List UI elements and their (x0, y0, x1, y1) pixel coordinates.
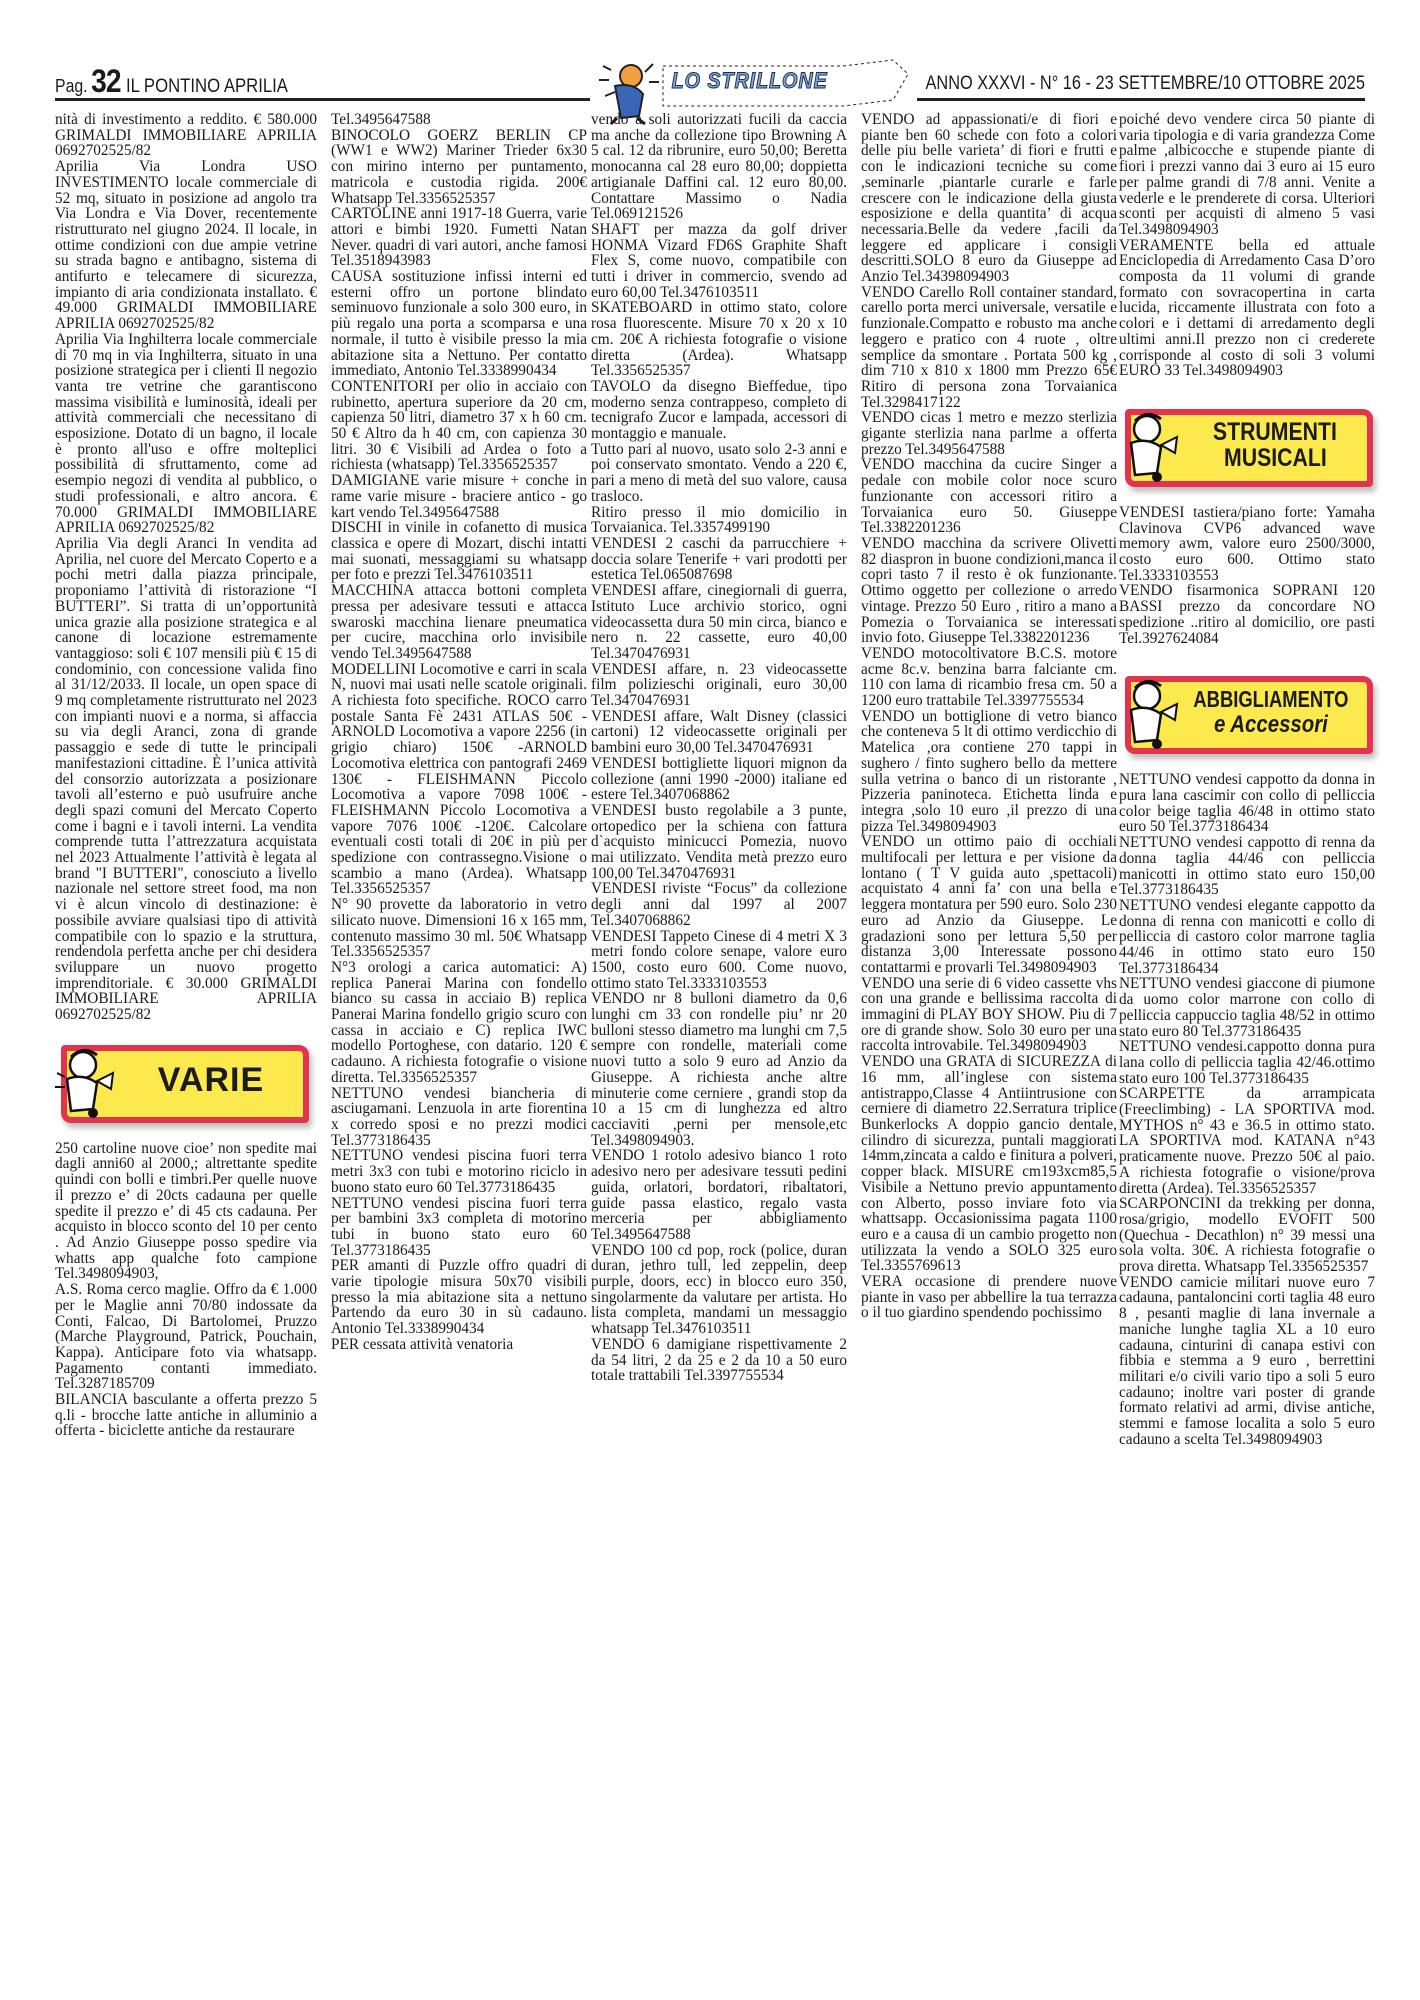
classified-ad: TAVOLO da disegno Bieffedue, tipo modern… (591, 379, 847, 442)
classified-ad: DAMIGIANE varie misure + conche in rame … (331, 473, 587, 520)
classified-ad: A.S. Roma cerco maglie. Offro da € 1.000… (55, 1282, 317, 1392)
page-prefix: Pag. (55, 76, 88, 96)
classified-ad: SHAFT per mazza da golf driver HONMA Viz… (591, 222, 847, 301)
classified-ad: VERAMENTE bella ed attuale Enciclopedia … (1119, 238, 1375, 379)
classified-ad: nità di investimento a reddito. € 580.00… (55, 112, 317, 159)
banner-title: VARIE (123, 1051, 299, 1111)
classified-ad: SCARPETTE da arrampicata (Freeclimbing) … (1119, 1086, 1375, 1196)
classified-ad: PER amanti di Puzzle offro quadri di var… (331, 1258, 587, 1337)
column-3: vendo a soli autorizzati fucili da cacci… (591, 112, 847, 1384)
classified-ad: DISCHI in vinile in cofanetto di musica … (331, 520, 587, 583)
classified-ad: VENDO 1 rotolo adesivo bianco 1 roto ade… (591, 1148, 847, 1242)
classified-ad: Tutto pari al nuovo, usato solo 2-3 anni… (591, 442, 847, 505)
classified-ad: VENDO macchina da cucire Singer a pedale… (861, 457, 1117, 536)
classified-ad: NETTUNO vendesi giaccone di piumone da u… (1119, 976, 1375, 1039)
classified-ad: BILANCIA basculante a offerta prezzo 5 q… (55, 1392, 317, 1439)
column-1: nità di investimento a reddito. € 580.00… (55, 112, 317, 1439)
classified-ad: VENDO motocoltivatore B.C.S. motore acme… (861, 646, 1117, 709)
classified-ad: NETTUNO vendesi piscina fuori terra metr… (331, 1148, 587, 1195)
publication-name: IL PONTINO APRILIA (126, 76, 288, 97)
classified-ad: BINOCOLO GOERZ BERLIN CP (WW1 e WW2) Mar… (331, 128, 587, 207)
classified-ad: NETTUNO vendesi biancheria di asciugaman… (331, 1086, 587, 1149)
classified-ad: SCARPONCINI da trekking per donna, rosa/… (1119, 1196, 1375, 1275)
banner-title-line1: ABBIGLIAMENTO (1193, 686, 1348, 712)
classified-ad: Ritiro presso il mio domicilio in Torvai… (591, 505, 847, 536)
classified-ad: Aprilia Via Inghilterra locale commercia… (55, 332, 317, 536)
page-header: Pag.32IL PONTINO APRILIA LO STRILLONE AN… (55, 64, 1365, 104)
classified-ad: 250 cartoline nuove cioe’ non spedite ma… (55, 1141, 317, 1282)
classified-ad: VENDESI busto regolabile a 3 punte, orto… (591, 803, 847, 882)
column-2: Tel.3495647588 BINOCOLO GOERZ BERLIN CP … (331, 112, 587, 1353)
classified-ad: VENDO macchina da scrivere Olivetti 82 d… (861, 536, 1117, 646)
classified-ad: N° 90 provette da laboratorio in vetro s… (331, 897, 587, 960)
classified-ad: NETTUNO vendesi cappotto di renna da don… (1119, 835, 1375, 898)
classified-ad: MODELLINI Locomotive e carri in scala N,… (331, 662, 587, 898)
classified-ad: PER cessata attività venatoria (331, 1337, 587, 1353)
page-number: 32 (91, 63, 121, 99)
classified-ad: VENDO una GRATA di SICUREZZA di 16 mm, a… (861, 1054, 1117, 1274)
column-4: VENDO ad appassionati/e di fiori e piant… (861, 112, 1117, 1321)
classified-ad: VENDO Carello Roll container standard, c… (861, 285, 1117, 411)
section-banner-strumenti-musicali: STRUMENTI MUSICALI (1117, 401, 1369, 489)
column-5: poiché devo vendere circa 50 piante di v… (1119, 112, 1375, 1448)
logo-text: LO STRILLONE (672, 68, 828, 94)
classified-ad: NETTUNO vendesi.cappotto donna pura lana… (1119, 1039, 1375, 1086)
classified-ad: Aprilia Via degli Aranci In vendita ad A… (55, 536, 317, 1023)
classified-ad: CAUSA sostituzione infissi interni ed es… (331, 269, 587, 379)
classified-ad: VENDESI affare, n. 23 videocassette film… (591, 662, 847, 709)
newsboy-mascot-icon (1117, 674, 1183, 752)
classified-ad: VENDESI riviste “Focus” da collezione de… (591, 881, 847, 928)
classified-ad: poiché devo vendere circa 50 piante di v… (1119, 112, 1375, 238)
classified-ad: VENDESI Tappeto Cinese di 4 metri X 3 me… (591, 929, 847, 992)
classified-ad: VENDESI tastiera/piano forte: Yamaha Cla… (1119, 505, 1375, 584)
banner-title-text: VARIE (158, 1073, 264, 1089)
banner-title-line1: STRUMENTI (1213, 419, 1337, 445)
classified-ad: VENDO un bottiglione di vetro bianco che… (861, 709, 1117, 835)
classified-ad: VENDESI bottigliette liquori mignon da c… (591, 756, 847, 803)
section-banner-abbigliamento: ABBIGLIAMENTO e Accessori (1117, 668, 1369, 756)
newsboy-mascot-icon (1117, 407, 1183, 485)
classified-ad: VENDESI affare, Walt Disney (classici ca… (591, 709, 847, 756)
section-banner-varie: VARIE (53, 1037, 305, 1125)
classified-ad: MACCHINA attacca bottoni completa pressa… (331, 583, 587, 662)
classified-ad: N°3 orologi a carica automatici: A) repl… (331, 960, 587, 1086)
classified-ad: VENDO una serie di 6 video cassette vhs … (861, 976, 1117, 1055)
classified-ad: CARTOLINE anni 1917-18 Guerra, varie att… (331, 206, 587, 269)
classified-ad: vendo a soli autorizzati fucili da cacci… (591, 112, 847, 222)
newsboy-mascot-icon (53, 1043, 119, 1121)
banner-title: STRUMENTI MUSICALI (1187, 415, 1363, 475)
banner-title-line2: e Accessori (1214, 712, 1328, 738)
banner-title: ABBIGLIAMENTO e Accessori (1179, 682, 1363, 742)
header-rule-left (55, 98, 590, 101)
classified-ad: VENDO fisarmonica SOPRANI 120 BASSI prez… (1119, 583, 1375, 646)
classifieds-columns: nità di investimento a reddito. € 580.00… (55, 112, 1365, 1992)
classified-ad: VENDO 6 damigiane rispettivamente 2 da 5… (591, 1337, 847, 1384)
classified-ad: Tel.3495647588 (331, 112, 587, 128)
classified-ad: VENDO cicas 1 metro e mezzo sterlizia gi… (861, 410, 1117, 457)
classified-ad: SKATEBOARD in ottimo stato, colore rosa … (591, 300, 847, 379)
classified-ad: NETTUNO vendesi elegante cappotto da don… (1119, 898, 1375, 977)
classified-ad: Aprilia Via Londra USO INVESTIMENTO loca… (55, 159, 317, 332)
header-rule-right (917, 98, 1365, 101)
classified-ad: VENDO un ottimo paio di occhiali multifo… (861, 834, 1117, 975)
classified-ad: VENDESI affare, cinegiornali di guerra, … (591, 583, 847, 662)
classified-ad: CONTENITORI per olio in acciaio con rubi… (331, 379, 587, 473)
classified-ad: VENDO 100 cd pop, rock (police, duran du… (591, 1243, 847, 1337)
issue-info: ANNO XXXVI - N° 16 - 23 SETTEMBRE/10 OTT… (926, 70, 1365, 98)
classified-ad: NETTUNO vendesi cappotto da donna in pur… (1119, 772, 1375, 835)
banner-title-line2: MUSICALI (1224, 445, 1327, 471)
classified-ad: NETTUNO vendesi piscina fuori terra per … (331, 1196, 587, 1259)
classified-ad: VENDESI 2 caschi da parrucchiere + docci… (591, 536, 847, 583)
classified-ad: VENDO ad appassionati/e di fiori e piant… (861, 112, 1117, 285)
classified-ad: VERA occasione di prendere nuove piante … (861, 1274, 1117, 1321)
classified-ad: VENDO nr 8 bulloni diametro da 0,6 lungh… (591, 991, 847, 1148)
classified-ad: VENDO camicie militari nuove euro 7 cada… (1119, 1275, 1375, 1448)
